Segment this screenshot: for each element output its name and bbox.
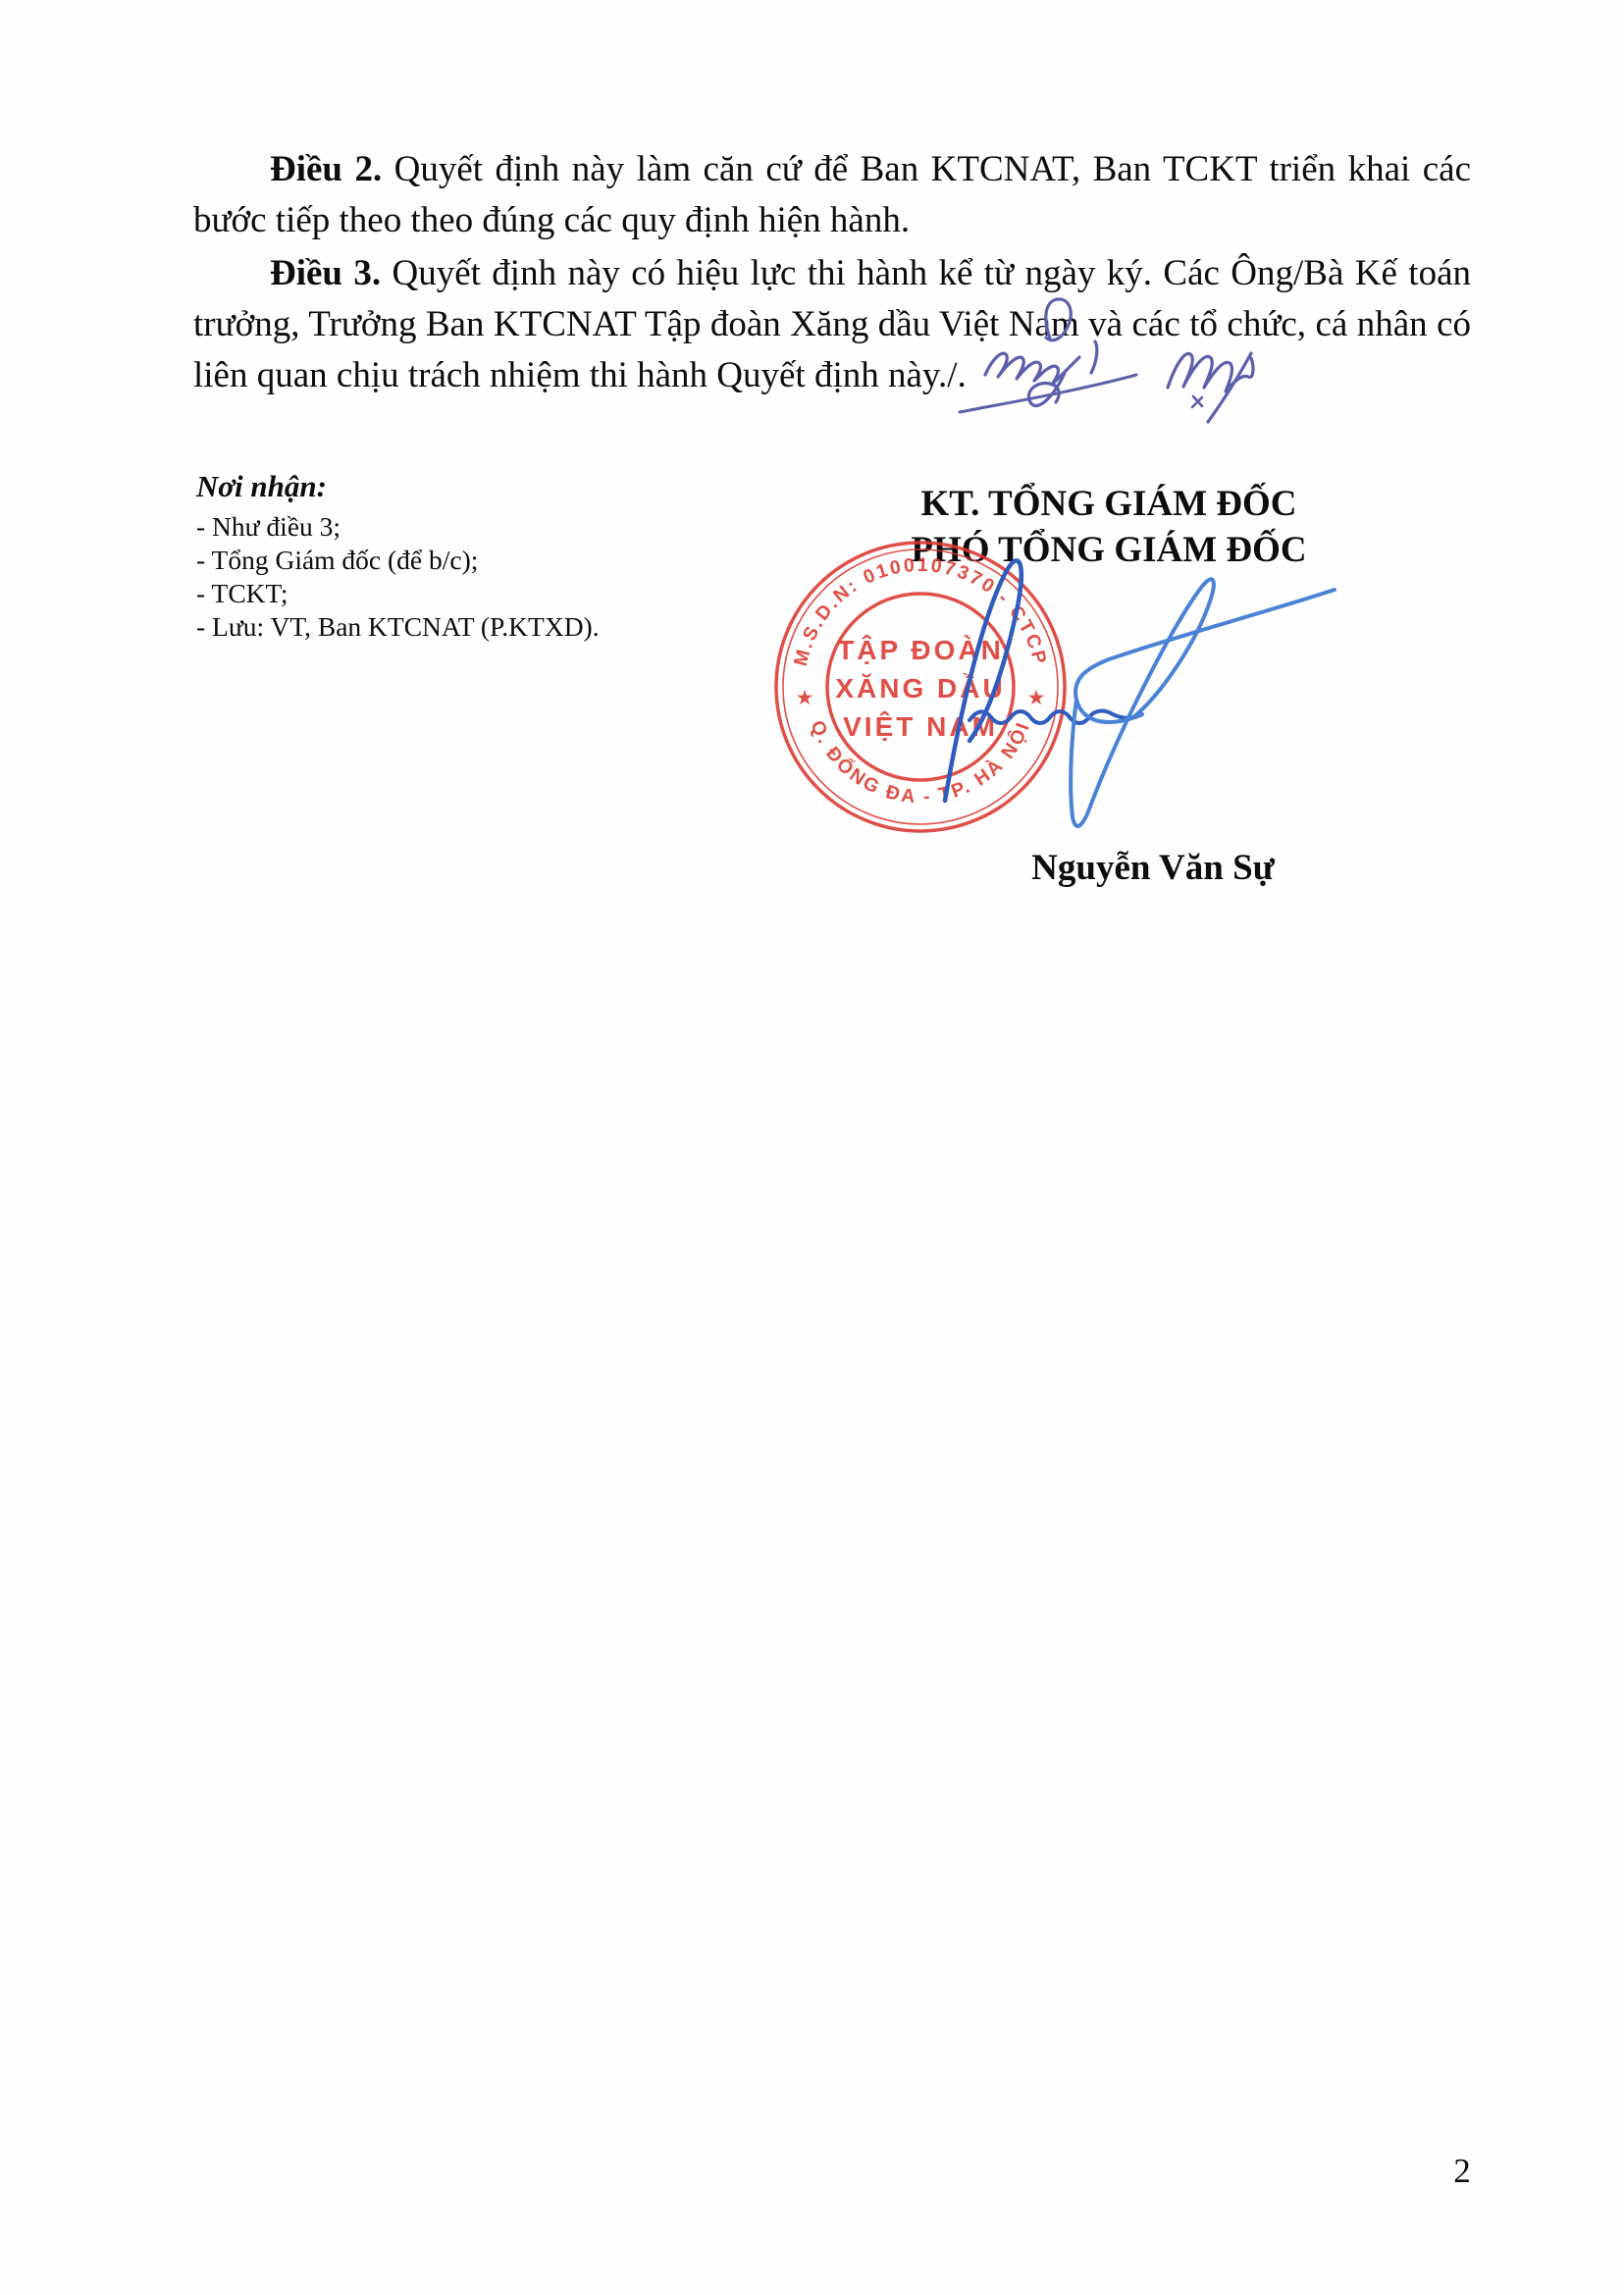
article-2-label: Điều 2. (270, 149, 382, 189)
article-3-text: Quyết định này có hiệu lực thi hành kể t… (193, 253, 1471, 395)
article-3-label: Điều 3. (270, 253, 381, 293)
stamp-center-line2: XĂNG DẦU (835, 673, 1005, 704)
stamp-star-right-icon: ★ (1027, 686, 1046, 709)
signature-wavy-line (969, 711, 1142, 723)
signature-heading: KT. TỔNG GIÁM ĐỐC PHÓ TỔNG GIÁM ĐỐC (842, 481, 1376, 573)
signature-big-loop (945, 560, 1022, 801)
stamp-center-line3: VIỆT NAM (843, 711, 998, 742)
signature-title-line1: KT. TỔNG GIÁM ĐỐC (842, 481, 1376, 527)
stamp-second-ring (783, 549, 1058, 824)
stamp-bottom-arc-text: Q. ĐỐNG ĐA - TP. HÀ NỘI (806, 717, 1034, 808)
recipient-item: - Tổng Giám đốc (để b/c); (196, 544, 746, 577)
page-number: 2 (1433, 2152, 1492, 2191)
stamp-star-left-icon: ★ (796, 686, 814, 709)
article-2-paragraph: Điều 2. Quyết định này làm căn cứ để Ban… (193, 144, 1471, 246)
company-stamp: M.S.D.N: 0100107370 - CTCP Q. ĐỐNG ĐA - … (776, 543, 1065, 831)
signature-scribble (945, 560, 1335, 826)
recipients-block: Nơi nhận: - Như điều 3; - Tổng Giám đốc … (196, 468, 746, 644)
stamp-inner-ring (827, 594, 1014, 780)
signer-name: Nguyễn Văn Sự (886, 847, 1420, 889)
article-3-paragraph: Điều 3. Quyết định này có hiệu lực thi h… (193, 248, 1471, 401)
stamp-bottom-arc-textpath: Q. ĐỐNG ĐA - TP. HÀ NỘI (806, 717, 1034, 808)
signature-descender-and-tall-loop (1071, 579, 1214, 826)
recipients-list: - Như điều 3; - Tổng Giám đốc (để b/c); … (196, 510, 746, 644)
recipient-item: - TCKT; (196, 577, 746, 610)
recipient-item: - Lưu: VT, Ban KTCNAT (P.KTXD). (196, 610, 746, 644)
signature-corner-and-diagonal (1075, 590, 1335, 722)
article-2-text: Quyết định này làm căn cứ để Ban KTCNAT,… (193, 149, 1471, 240)
document-page: Điều 2. Quyết định này làm căn cứ để Ban… (0, 0, 1624, 2295)
stamp-outer-ring (776, 543, 1065, 831)
stamp-center-line1: TẬP ĐOÀN (837, 635, 1004, 665)
recipient-item: - Như điều 3; (196, 510, 746, 544)
recipients-title: Nơi nhận: (196, 468, 746, 505)
signature-title-line2: PHÓ TỔNG GIÁM ĐỐC (842, 527, 1376, 573)
